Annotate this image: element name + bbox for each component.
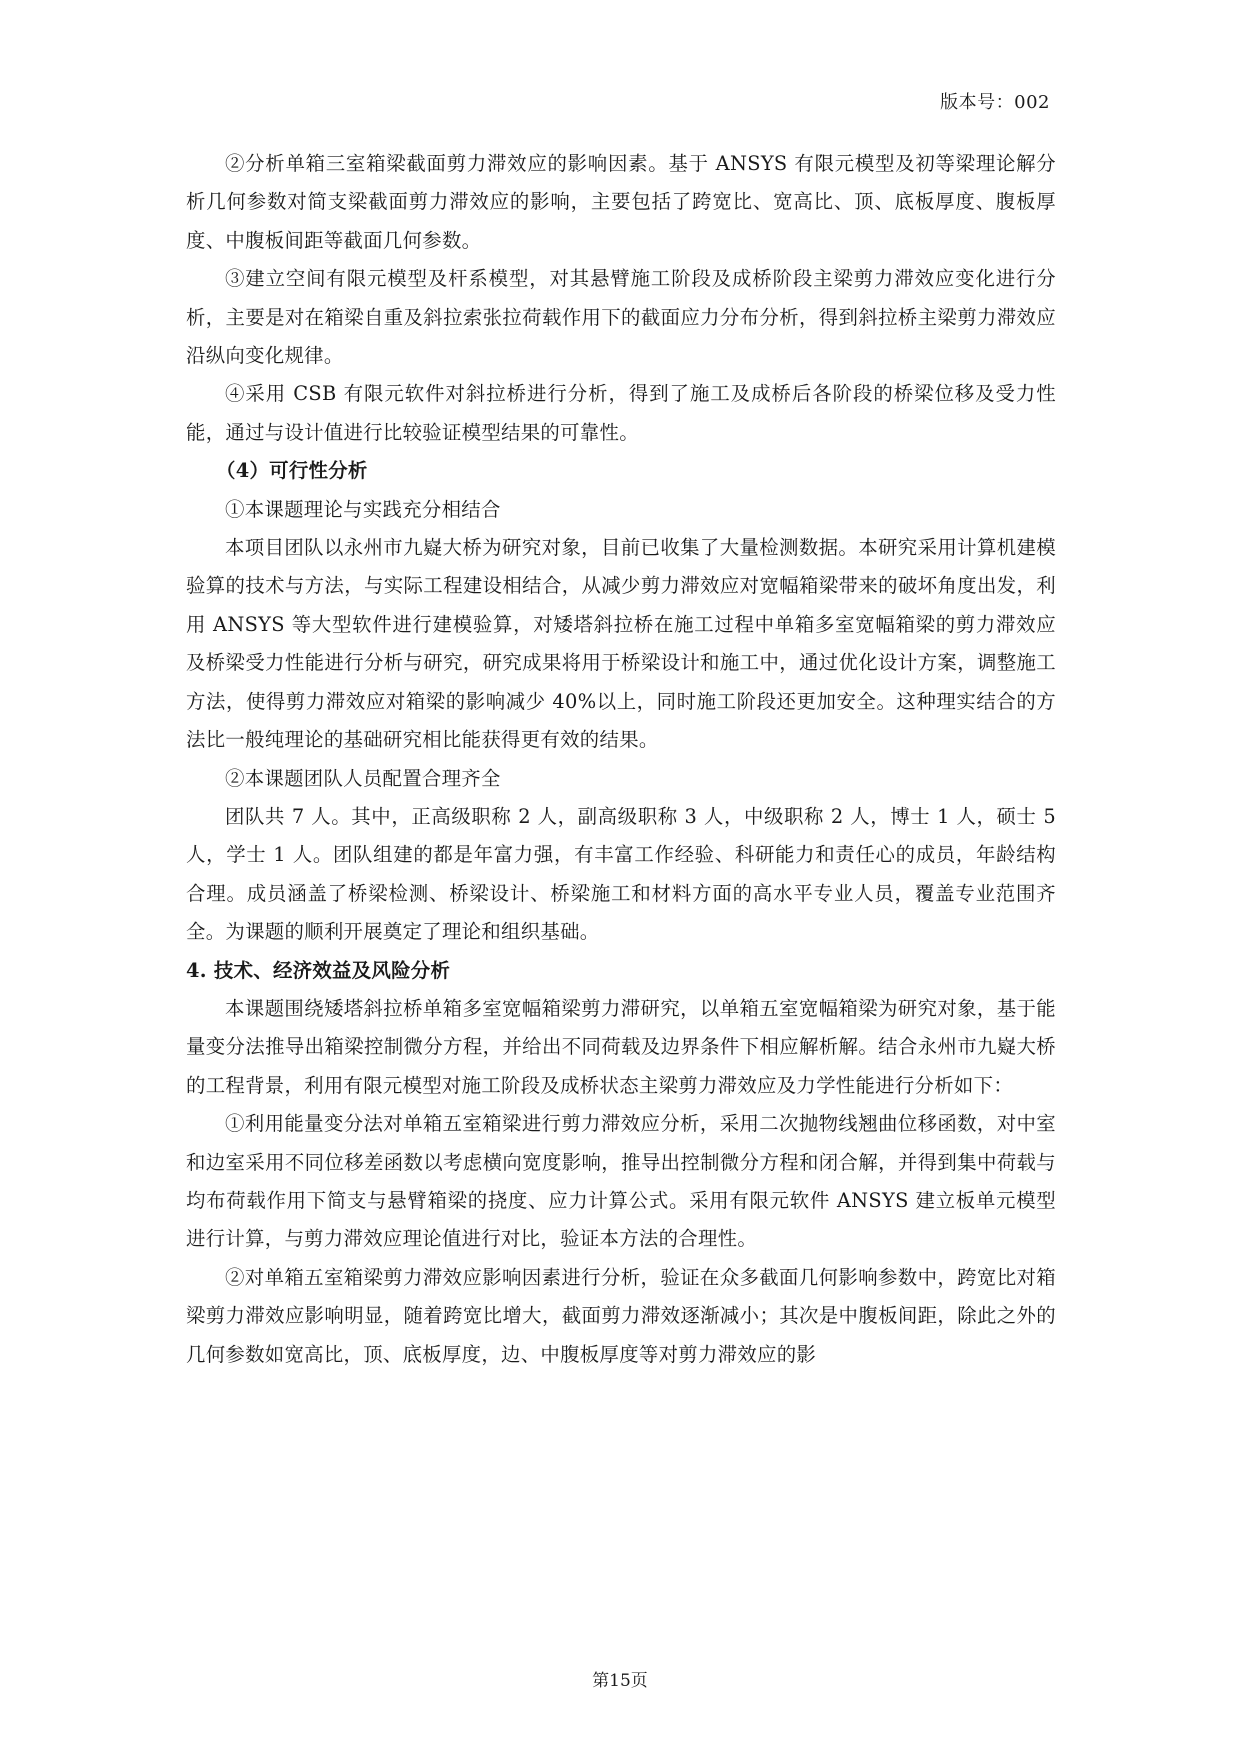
paragraph-analysis-2: ②分析单箱三室箱梁截面剪力滞效应的影响因素。基于 ANSYS 有限元模型及初等梁… [186,145,1056,260]
paragraph-analysis-3: ③建立空间有限元模型及杆系模型，对其悬臂施工阶段及成桥阶段主梁剪力滞效应变化进行… [186,260,1056,375]
section-4-item-2: ②对单箱五室箱梁剪力滞效应影响因素进行分析，验证在众多截面几何影响参数中，跨宽比… [186,1259,1056,1374]
section-4-item-1: ①利用能量变分法对单箱五室箱梁进行剪力滞效应分析，采用二次抛物线翘曲位移函数，对… [186,1105,1056,1259]
feasibility-item-2-title: ②本课题团队人员配置合理齐全 [186,760,1056,798]
section-4-heading: 4. 技术、经济效益及风险分析 [186,952,1056,990]
section-4-intro: 本课题围绕矮塔斜拉桥单箱多室宽幅箱梁剪力滞研究，以单箱五室宽幅箱梁为研究对象，基… [186,990,1056,1105]
feasibility-heading: （4）可行性分析 [186,452,1056,490]
page-number: 第15页 [0,1666,1240,1691]
version-number: 版本号：002 [940,88,1050,114]
feasibility-item-1-title: ①本课题理论与实践充分相结合 [186,491,1056,529]
paragraph-analysis-4: ④采用 CSB 有限元软件对斜拉桥进行分析，得到了施工及成桥后各阶段的桥梁位移及… [186,375,1056,452]
feasibility-item-1-text: 本项目团队以永州市九嶷大桥为研究对象，目前已收集了大量检测数据。本研究采用计算机… [186,529,1056,759]
document-body: ②分析单箱三室箱梁截面剪力滞效应的影响因素。基于 ANSYS 有限元模型及初等梁… [186,145,1056,1374]
feasibility-item-2-text: 团队共 7 人。其中，正高级职称 2 人，副高级职称 3 人，中级职称 2 人，… [186,798,1056,952]
